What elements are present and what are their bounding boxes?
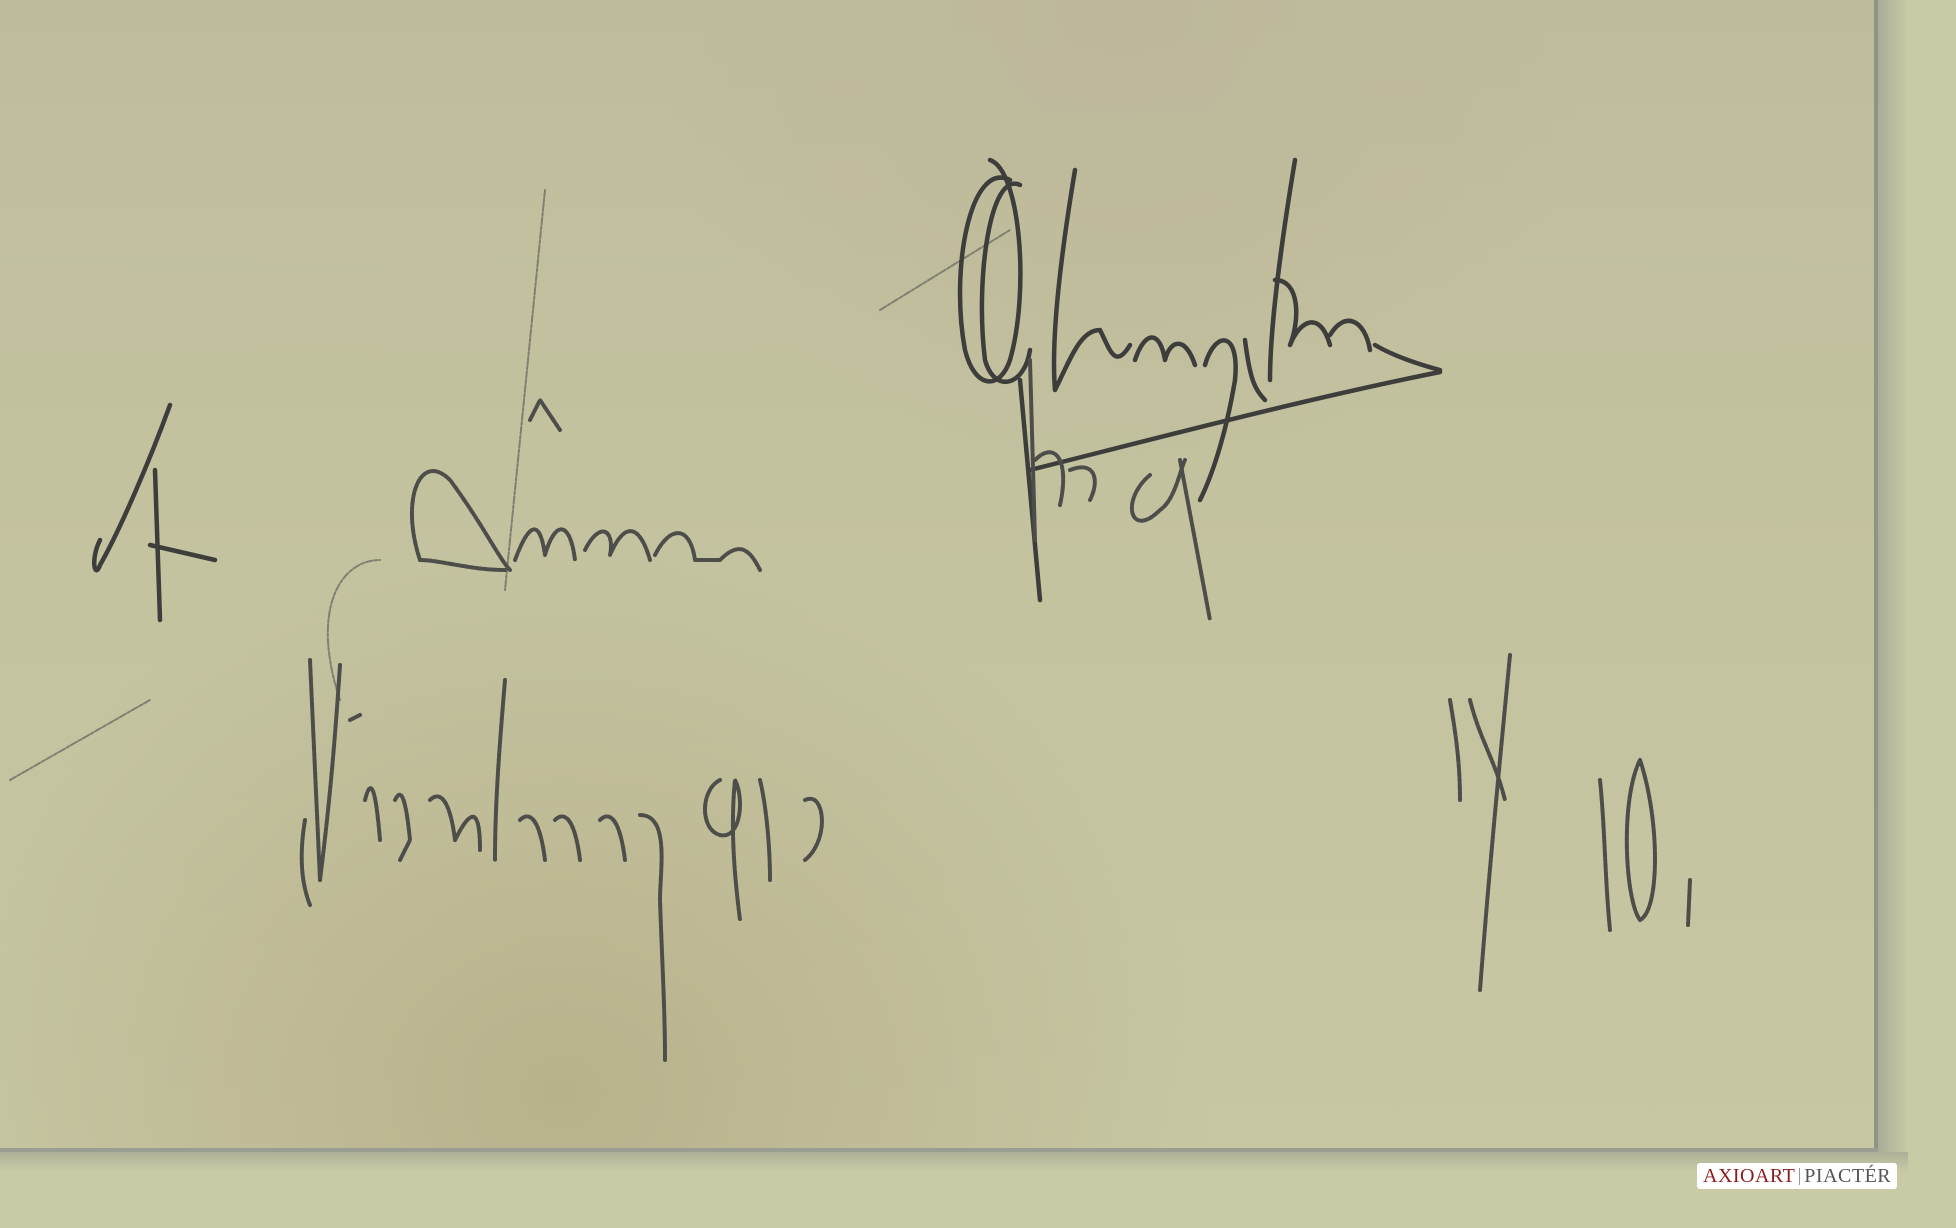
- watermark-divider: [1799, 1168, 1800, 1185]
- watermark-section: PIACTÉR: [1804, 1165, 1891, 1188]
- inscription-line-1: [94, 360, 1210, 620]
- pencil-inscription: [0, 0, 1956, 1228]
- watermark-badge: AXIOART PIACTÉR: [1697, 1163, 1897, 1189]
- watermark-brand: AXIOART: [1703, 1165, 1795, 1188]
- inscription-line-2: [302, 655, 1690, 1060]
- guide-line: [880, 230, 1010, 310]
- guide-line: [10, 700, 150, 780]
- sketch-loop: [328, 560, 380, 700]
